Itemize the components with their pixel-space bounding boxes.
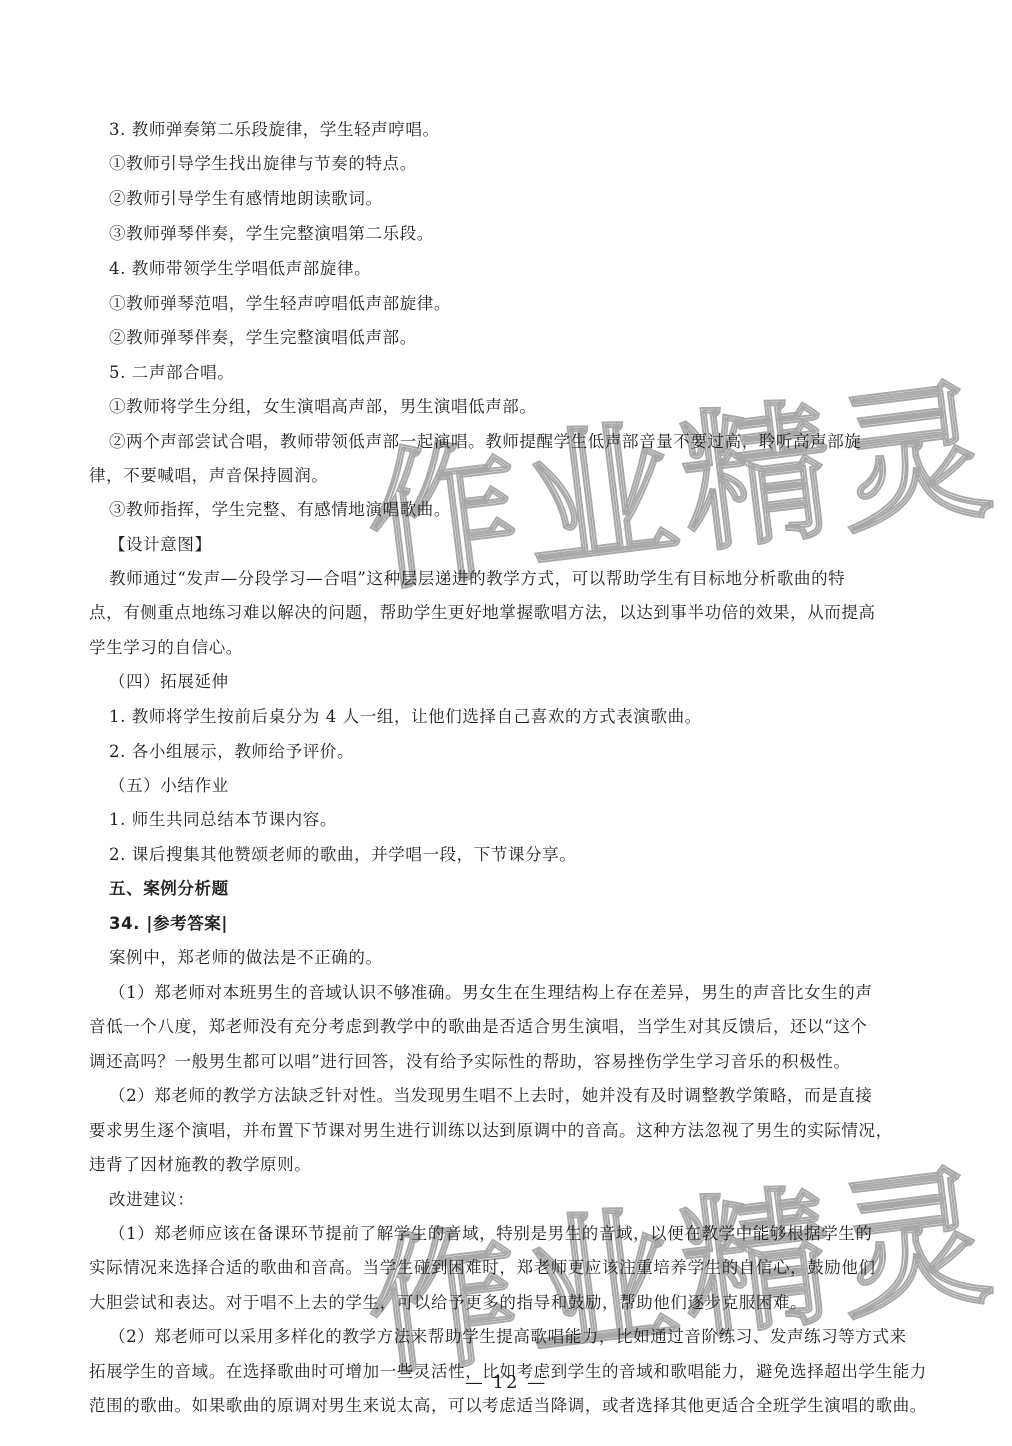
text-line: （1）郑老师应该在备课环节提前了解学生的音域，特别是男生的音域，以便在教学中能够… bbox=[109, 1222, 873, 1246]
text-line: 1. 师生共同总结本节课内容。 bbox=[109, 808, 337, 832]
text-line: 点，有侧重点地练习难以解决的问题，帮助学生更好地掌握歌唱方法，以达到事半功倍的效… bbox=[89, 601, 876, 625]
text-line: 5. 二声部合唱。 bbox=[109, 361, 234, 385]
text-line: 范围的歌曲。如果歌曲的原调对男生来说太高，可以考虑适当降调，或者选择其他更适合全… bbox=[89, 1394, 927, 1418]
text-line: （2）郑老师的教学方法缺乏针对性。当发现男生唱不上去时，她并没有及时调整教学策略… bbox=[109, 1084, 873, 1108]
text-line: ①教师将学生分组，女生演唱高声部，男生演唱低声部。 bbox=[109, 395, 537, 419]
text-line: ③教师弹琴伴奏，学生完整演唱第二乐段。 bbox=[109, 222, 434, 246]
text-line: 学生学习的自信心。 bbox=[89, 636, 243, 660]
text-line: 大胆尝试和表达。对于唱不上去的学生，可以给予更多的指导和鼓励，帮助他们逐步克服困… bbox=[89, 1291, 807, 1315]
text-line: ②教师引导学生有感情地朗读歌词。 bbox=[109, 187, 383, 211]
text-line: 实际情况来选择合适的歌曲和音高。当学生碰到困难时，郑老师更应该注重培养学生的自信… bbox=[89, 1256, 876, 1280]
text-line: （1）郑老师对本班男生的音域认识不够准确。男女生在生理结构上存在差异，男生的声音… bbox=[109, 981, 873, 1005]
text-line: 改进建议： bbox=[109, 1188, 195, 1212]
text-line: ②两个声部尝试合唱，教师带领低声部一起演唱。教师提醒学生低声部音量不要过高，聆听… bbox=[109, 430, 861, 454]
text-line: ①教师弹琴范唱，学生轻声哼唱低声部旋律。 bbox=[109, 292, 451, 316]
text-line: 2. 各小组展示，教师给予评价。 bbox=[109, 740, 354, 764]
section-heading: 34. |参考答案| bbox=[109, 912, 228, 936]
text-line: 教师通过“发声—分段学习—合唱”这种层层递进的教学方式，可以帮助学生有目标地分析… bbox=[109, 567, 845, 591]
text-line: 2. 课后搜集其他赞颂老师的歌曲，并学唱一段，下节课分享。 bbox=[109, 843, 576, 867]
text-line: ③教师指挥，学生完整、有感情地演唱歌曲。 bbox=[109, 498, 451, 522]
text-line: 音低一个八度，郑老师没有充分考虑到教学中的歌曲是否适合男生演唱，当学生对其反馈后… bbox=[89, 1015, 868, 1039]
text-line: ②教师弹琴伴奏，学生完整演唱低声部。 bbox=[109, 326, 417, 350]
section-heading: 五、案例分析题 bbox=[109, 877, 229, 901]
text-line: 要求男生逐个演唱，并布置下节课对男生进行训练以达到原调中的音高。这种方法忽视了男… bbox=[89, 1119, 893, 1143]
text-line: ①教师引导学生找出旋律与节奏的特点。 bbox=[109, 152, 417, 176]
text-line: 【设计意图】 bbox=[109, 533, 212, 557]
text-line: 违背了因材施教的教学原则。 bbox=[89, 1153, 311, 1177]
text-line: 4. 教师带领学生学唱低声部旋律。 bbox=[109, 257, 371, 281]
text-line: 3. 教师弹奏第二乐段旋律，学生轻声哼唱。 bbox=[109, 118, 440, 142]
page-number: — 12 — bbox=[0, 1372, 1012, 1393]
text-line: （五）小结作业 bbox=[109, 774, 229, 798]
text-line: （2）郑老师可以采用多样化的教学方法来帮助学生提高歌唱能力，比如通过音阶练习、发… bbox=[109, 1325, 907, 1349]
text-line: 案例中，郑老师的做法是不正确的。 bbox=[109, 946, 383, 970]
document-page: 作业精灵 作业精灵 3. 教师弹奏第二乐段旋律，学生轻声哼唱。①教师引导学生找出… bbox=[0, 0, 1012, 1446]
text-line: 律，不要喊唱，声音保持圆润。 bbox=[89, 464, 328, 488]
text-line: 1. 教师将学生按前后桌分为 4 人一组，让他们选择自己喜欢的方式表演歌曲。 bbox=[109, 705, 702, 729]
text-line: （四）拓展延伸 bbox=[109, 670, 229, 694]
text-line: 调还高吗？一般男生都可以唱”进行回答，没有给予实际性的帮助，容易挫伤学生学习音乐… bbox=[89, 1050, 850, 1074]
